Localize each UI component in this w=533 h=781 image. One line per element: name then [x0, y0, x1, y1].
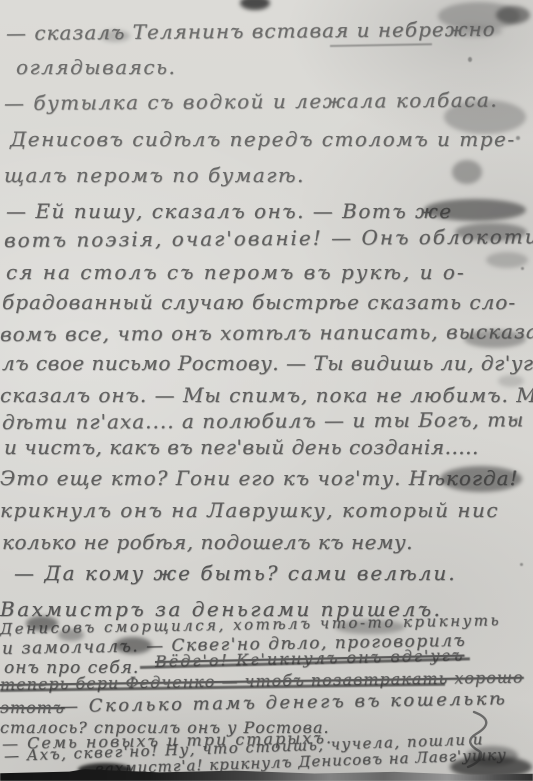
- ink-smudge: [240, 0, 270, 10]
- handwritten-line: Это еще кто? Гони его къ чог'ту. Нѣкогда…: [0, 467, 519, 489]
- handwritten-line: — бутылка съ водкой и лежала колбаса.: [4, 89, 498, 114]
- margin-dot: [514, 418, 518, 421]
- handwritten-line: вотъ поэзiя, очаг'ованiе! — Онъ облокоти…: [4, 225, 533, 251]
- handwritten-line: дѣти пг'аха.... а полюбилъ — и ты Богъ, …: [2, 408, 524, 433]
- margin-dot: [521, 267, 524, 270]
- handwritten-line: щалъ перомъ по бумагѣ.: [4, 164, 305, 186]
- margin-dot: [520, 563, 523, 566]
- handwritten-line: колько не робѣя, подошелъ къ нему.: [2, 531, 413, 553]
- handwritten-line: ся на столъ съ перомъ въ рукѣ, и о-: [6, 261, 466, 283]
- ink-smudge: [496, 6, 530, 24]
- underline-stroke: [330, 43, 432, 47]
- handwritten-line: и чистъ, какъ въ пег'вый день созданiя..…: [4, 436, 479, 458]
- handwritten-line: — Да кому же быть? сами велѣли.: [14, 562, 457, 584]
- handwritten-line: вомъ все, что онъ хотѣлъ написать, выска…: [0, 320, 533, 345]
- handwritten-line: брадованный случаю быстрѣе сказать сло-: [2, 291, 516, 313]
- margin-dot: [516, 136, 520, 140]
- ink-smudge: [486, 252, 528, 268]
- manuscript-page: — сказалъ Телянинъ вставая и небрежно ог…: [0, 0, 533, 781]
- margin-dot: [468, 57, 472, 62]
- handwritten-line: оглядываясь.: [16, 56, 176, 78]
- ink-smudge: [452, 160, 482, 184]
- handwritten-line: — сказалъ Телянинъ вставая и небрежно: [6, 18, 496, 44]
- handwritten-line: Денисовъ сидѣлъ передъ столомъ и тре-: [10, 128, 516, 150]
- handwritten-line: крикнулъ онъ на Лаврушку, который нис: [0, 499, 499, 521]
- handwritten-line: сказалъ онъ. — Мы спимъ, пока не любимъ.…: [0, 384, 533, 406]
- handwritten-line: — Сколько тамъ денегъ въ кошелькѣ: [60, 689, 508, 717]
- handwritten-line: — Ей пишу, сказалъ онъ. — Вотъ же: [6, 200, 453, 222]
- handwritten-line-struck: этотъ: [0, 699, 65, 717]
- handwritten-line: лъ свое письмо Ростову. — Ты видишь ли, …: [2, 352, 533, 374]
